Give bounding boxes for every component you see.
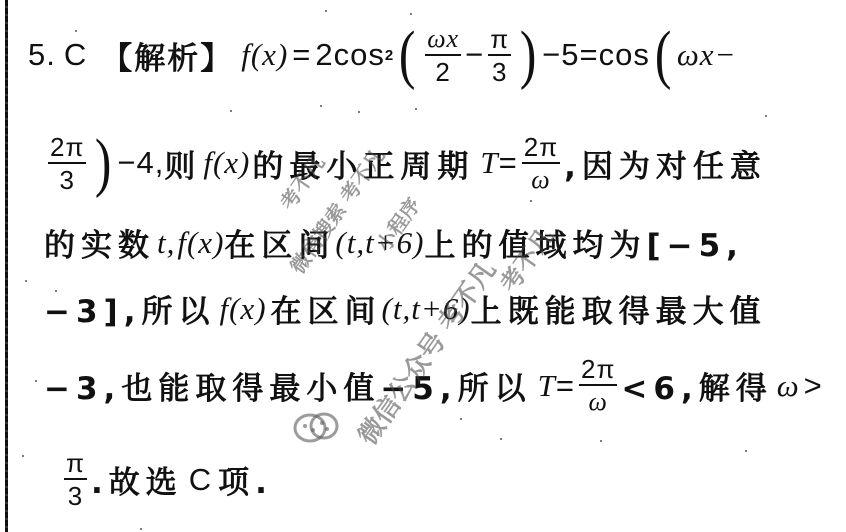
interval: (t,t+6) [382,291,471,327]
minus-sign: − [465,37,484,73]
wechat-icon [292,408,342,452]
text-segment: <6,解得 [621,363,772,408]
fraction-numerator: π [64,450,87,480]
variable-t: t, [157,225,175,261]
fraction-denominator: 2 [435,56,450,85]
right-paren: ) [520,22,537,88]
text-segment: −3],所以 [44,286,216,331]
left-paren: ( [655,22,672,88]
text-segment: 的最小正周期 [252,141,474,186]
watermark-text: 微信公众号 考不凡 [348,252,503,451]
equals-sign: = [556,368,575,404]
fraction-numerator: ωx [425,26,461,56]
fraction-denominator: ω [589,386,608,415]
equals-sign: = [292,37,311,73]
fraction-numerator: 2π [522,134,560,164]
fraction-pi-over-3: π 3 [64,450,87,509]
text-segment: 上既能取得最大值 [471,286,767,331]
period-T: T [480,145,498,181]
scan-noise [75,30,77,32]
fraction-numerator: 2π [48,134,86,164]
fraction-numerator: π [488,26,511,56]
scan-noise [460,418,462,420]
scan-noise [745,450,747,452]
scan-noise [22,455,24,457]
text-segment: .故选 [91,457,183,502]
text-segment: −4, [117,145,164,181]
variable-omega: ω [777,368,800,404]
function-f-x: f(x) [203,145,250,181]
fraction-2pi-over-omega: 2π ω [522,134,560,193]
function-f-x: f(x) [241,37,288,73]
scan-noise [320,105,322,107]
scan-noise [35,380,37,382]
scan-noise [410,13,412,15]
scan-noise [230,110,232,112]
scan-noise [25,280,27,282]
solution-line-4: −3],所以 f(x) 在区间 (t,t+6) 上既能取得最大值 [44,286,767,331]
period-T: T [538,368,556,404]
text-segment: 则 [164,141,201,186]
equation-tail: −5=cos [542,37,650,73]
fraction-denominator: ω [531,164,550,193]
scan-noise [500,438,502,440]
scan-noise [55,290,57,292]
fraction-denominator: 3 [68,480,83,509]
fraction-denominator: 3 [492,56,507,85]
scan-noise [325,10,327,12]
fraction-omega-x-over-2: ωx 2 [425,26,461,85]
scan-noise [358,111,360,113]
function-f-x: f(x) [177,225,224,261]
scan-noise [765,115,767,117]
fraction-numerator: 2π [579,356,617,386]
section-label: 【解析】 [101,33,233,78]
fraction-2pi-over-3: 2π 3 [48,134,86,193]
scan-noise [415,108,417,110]
fraction-denominator: 3 [59,164,74,193]
left-paren: ( [399,22,416,88]
text-segment: 在区间 [271,286,382,331]
cos-coefficient: 2cos [315,37,384,73]
greater-than-sign: > [804,368,823,404]
question-number: 5. [28,37,56,73]
fraction-2pi-over-omega: 2π ω [579,356,617,415]
text-segment: 项. [218,457,273,502]
solution-line-5: −3,也能取得最小值−5,所以 T = 2π ω <6,解得 ω > [44,356,823,415]
scan-noise [600,440,602,442]
answer-letter: C [64,37,87,73]
text-segment: ,因为对任意 [564,141,767,186]
function-f-x: f(x) [220,291,267,327]
solution-line-2: 2π 3 ) −4, 则 f(x) 的最小正周期 T = 2π ω ,因为对任意 [44,130,767,196]
fraction-pi-over-3: π 3 [488,26,511,85]
solution-line-1: 5. C 【解析】 f(x) = 2cos 2 ( ωx 2 − π 3 ) −… [28,22,736,88]
scan-noise [530,200,532,202]
solution-line-6: π 3 .故选 C 项. [60,450,273,509]
scan-noise [140,528,142,530]
text-segment: 的实数 [44,220,155,265]
text-segment: 在区间 [224,220,335,265]
text-segment: −3,也能取得最小值−5,所以 [44,363,532,408]
power-exponent: 2 [385,47,394,64]
text-segment: 上的值域均为[−5, [424,220,744,265]
left-margin-border [5,0,8,532]
equation-tail-2: ωx− [677,37,737,73]
right-paren: ) [95,130,112,196]
equals-sign: = [499,145,518,181]
solution-line-3: 的实数 t, f(x) 在区间 (t,t+6) 上的值域均为[−5, [44,220,744,265]
interval: (t,t+6) [335,225,424,261]
answer-letter: C [189,462,212,498]
